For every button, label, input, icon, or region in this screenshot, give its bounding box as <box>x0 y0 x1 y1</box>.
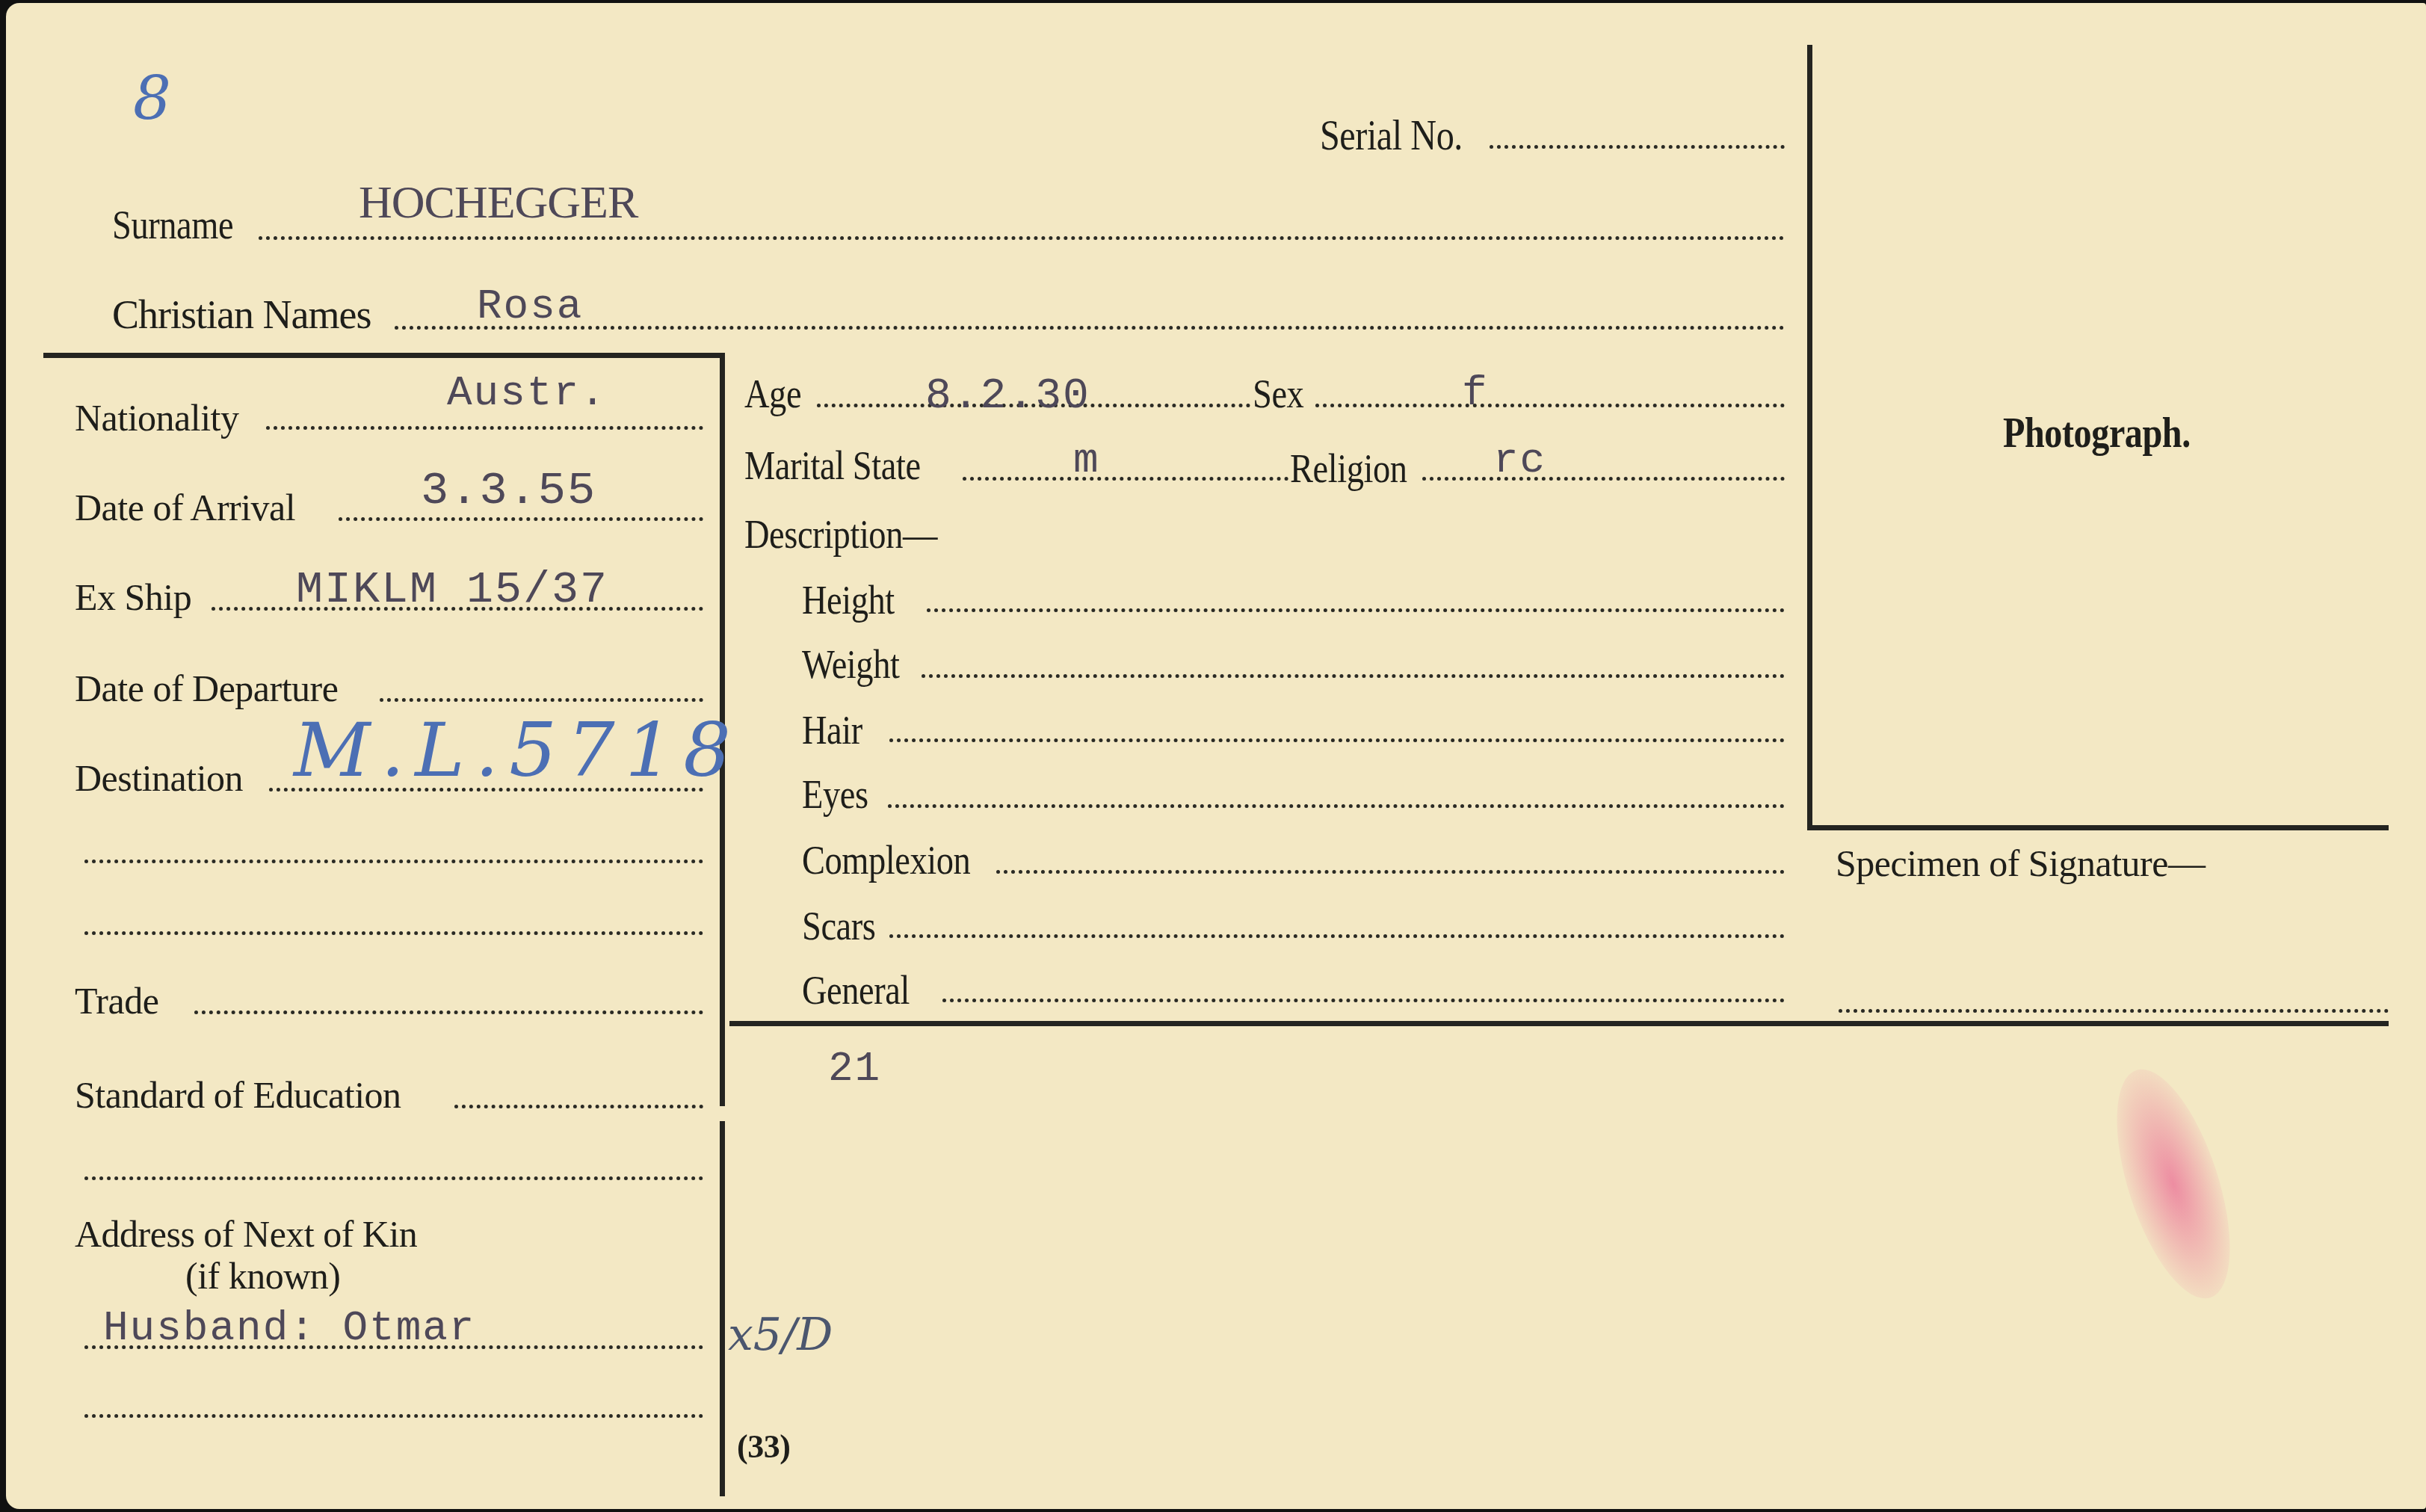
general-field[interactable] <box>942 999 1785 1002</box>
destination-label: Destination <box>75 759 243 797</box>
religion-value: rc <box>1493 439 1546 481</box>
general-label: General <box>802 970 910 1010</box>
marital-state-label: Marital State <box>744 445 921 486</box>
weight-field[interactable] <box>922 674 1785 678</box>
sex-label: Sex <box>1253 374 1303 414</box>
date-of-arrival-value: 3.3.55 <box>421 468 596 514</box>
surname-label: Surname <box>112 205 233 245</box>
religion-label: Religion <box>1290 448 1407 489</box>
date-of-arrival-field[interactable] <box>339 517 703 521</box>
trade-field[interactable] <box>194 1010 703 1014</box>
standard-of-education-label: Standard of Education <box>75 1076 401 1114</box>
destination-extra-line-1[interactable] <box>84 860 703 863</box>
description-label: Description— <box>744 514 937 555</box>
nationality-value: Austr. <box>447 372 607 414</box>
complexion-label: Complexion <box>802 840 970 880</box>
left-column-divider-lower <box>720 1121 725 1496</box>
handwritten-note: x5/D <box>728 1312 833 1357</box>
next-of-kin-label: Address of Next of Kin <box>75 1215 417 1253</box>
destination-value: M.L.5718 <box>294 713 741 788</box>
age-label: Age <box>744 374 801 414</box>
sex-field[interactable] <box>1315 404 1785 407</box>
christian-names-field[interactable] <box>395 326 1785 330</box>
registration-card: 8 Serial No. Surname HOCHEGGER Christian… <box>6 3 2426 1509</box>
education-extra-line[interactable] <box>84 1176 703 1180</box>
photograph-area <box>1815 48 2389 825</box>
surname-value: HOCHEGGER <box>359 179 638 226</box>
nationality-label: Nationality <box>75 399 238 436</box>
standard-of-education-field[interactable] <box>454 1105 703 1108</box>
hair-field[interactable] <box>889 738 1785 742</box>
serial-no-label: Serial No. <box>1320 115 1463 157</box>
age-value: 8.2.30 <box>925 375 1090 419</box>
date-of-departure-field[interactable] <box>380 698 703 702</box>
marital-state-field[interactable] <box>963 477 1288 481</box>
weight-label: Weight <box>802 644 899 685</box>
description-bottom-rule <box>729 1021 2389 1026</box>
nationality-field[interactable] <box>266 426 703 430</box>
corner-number: 8 <box>133 69 171 129</box>
sex-value: f <box>1462 372 1489 414</box>
marital-state-value: m <box>1073 439 1100 481</box>
surname-field[interactable] <box>259 236 1785 240</box>
religion-field[interactable] <box>1422 477 1785 481</box>
next-of-kin-sublabel: (if known) <box>185 1257 340 1295</box>
date-of-arrival-label: Date of Arrival <box>75 489 295 526</box>
christian-names-value: Rosa <box>477 286 583 327</box>
complexion-field[interactable] <box>996 870 1785 874</box>
signature-label: Specimen of Signature— <box>1836 845 2205 882</box>
form-number: (33) <box>737 1431 790 1463</box>
hair-label: Hair <box>802 710 862 750</box>
date-of-departure-label: Date of Departure <box>75 670 338 707</box>
scars-label: Scars <box>802 906 875 946</box>
eyes-field[interactable] <box>888 804 1785 808</box>
christian-names-label: Christian Names <box>112 294 371 335</box>
next-of-kin-value: Husband: Otmar <box>103 1307 475 1349</box>
pink-ink-stain <box>2093 1056 2253 1311</box>
ex-ship-value: MIKLM 15/37 <box>296 568 608 613</box>
serial-no-field[interactable] <box>1490 145 1785 149</box>
next-of-kin-extra-line[interactable] <box>84 1414 703 1418</box>
eyes-label: Eyes <box>802 774 868 815</box>
left-box-top-rule <box>43 353 725 358</box>
destination-extra-line-2[interactable] <box>84 931 703 935</box>
signature-field[interactable] <box>1839 1009 2389 1013</box>
height-field[interactable] <box>927 608 1785 612</box>
height-label: Height <box>802 580 895 620</box>
photo-box-bottom-rule <box>1807 825 2389 830</box>
typed-number: 21 <box>828 1048 881 1090</box>
ex-ship-label: Ex Ship <box>75 578 191 616</box>
scars-field[interactable] <box>889 934 1785 938</box>
photo-box-left-rule <box>1807 45 1812 830</box>
trade-label: Trade <box>75 982 158 1019</box>
